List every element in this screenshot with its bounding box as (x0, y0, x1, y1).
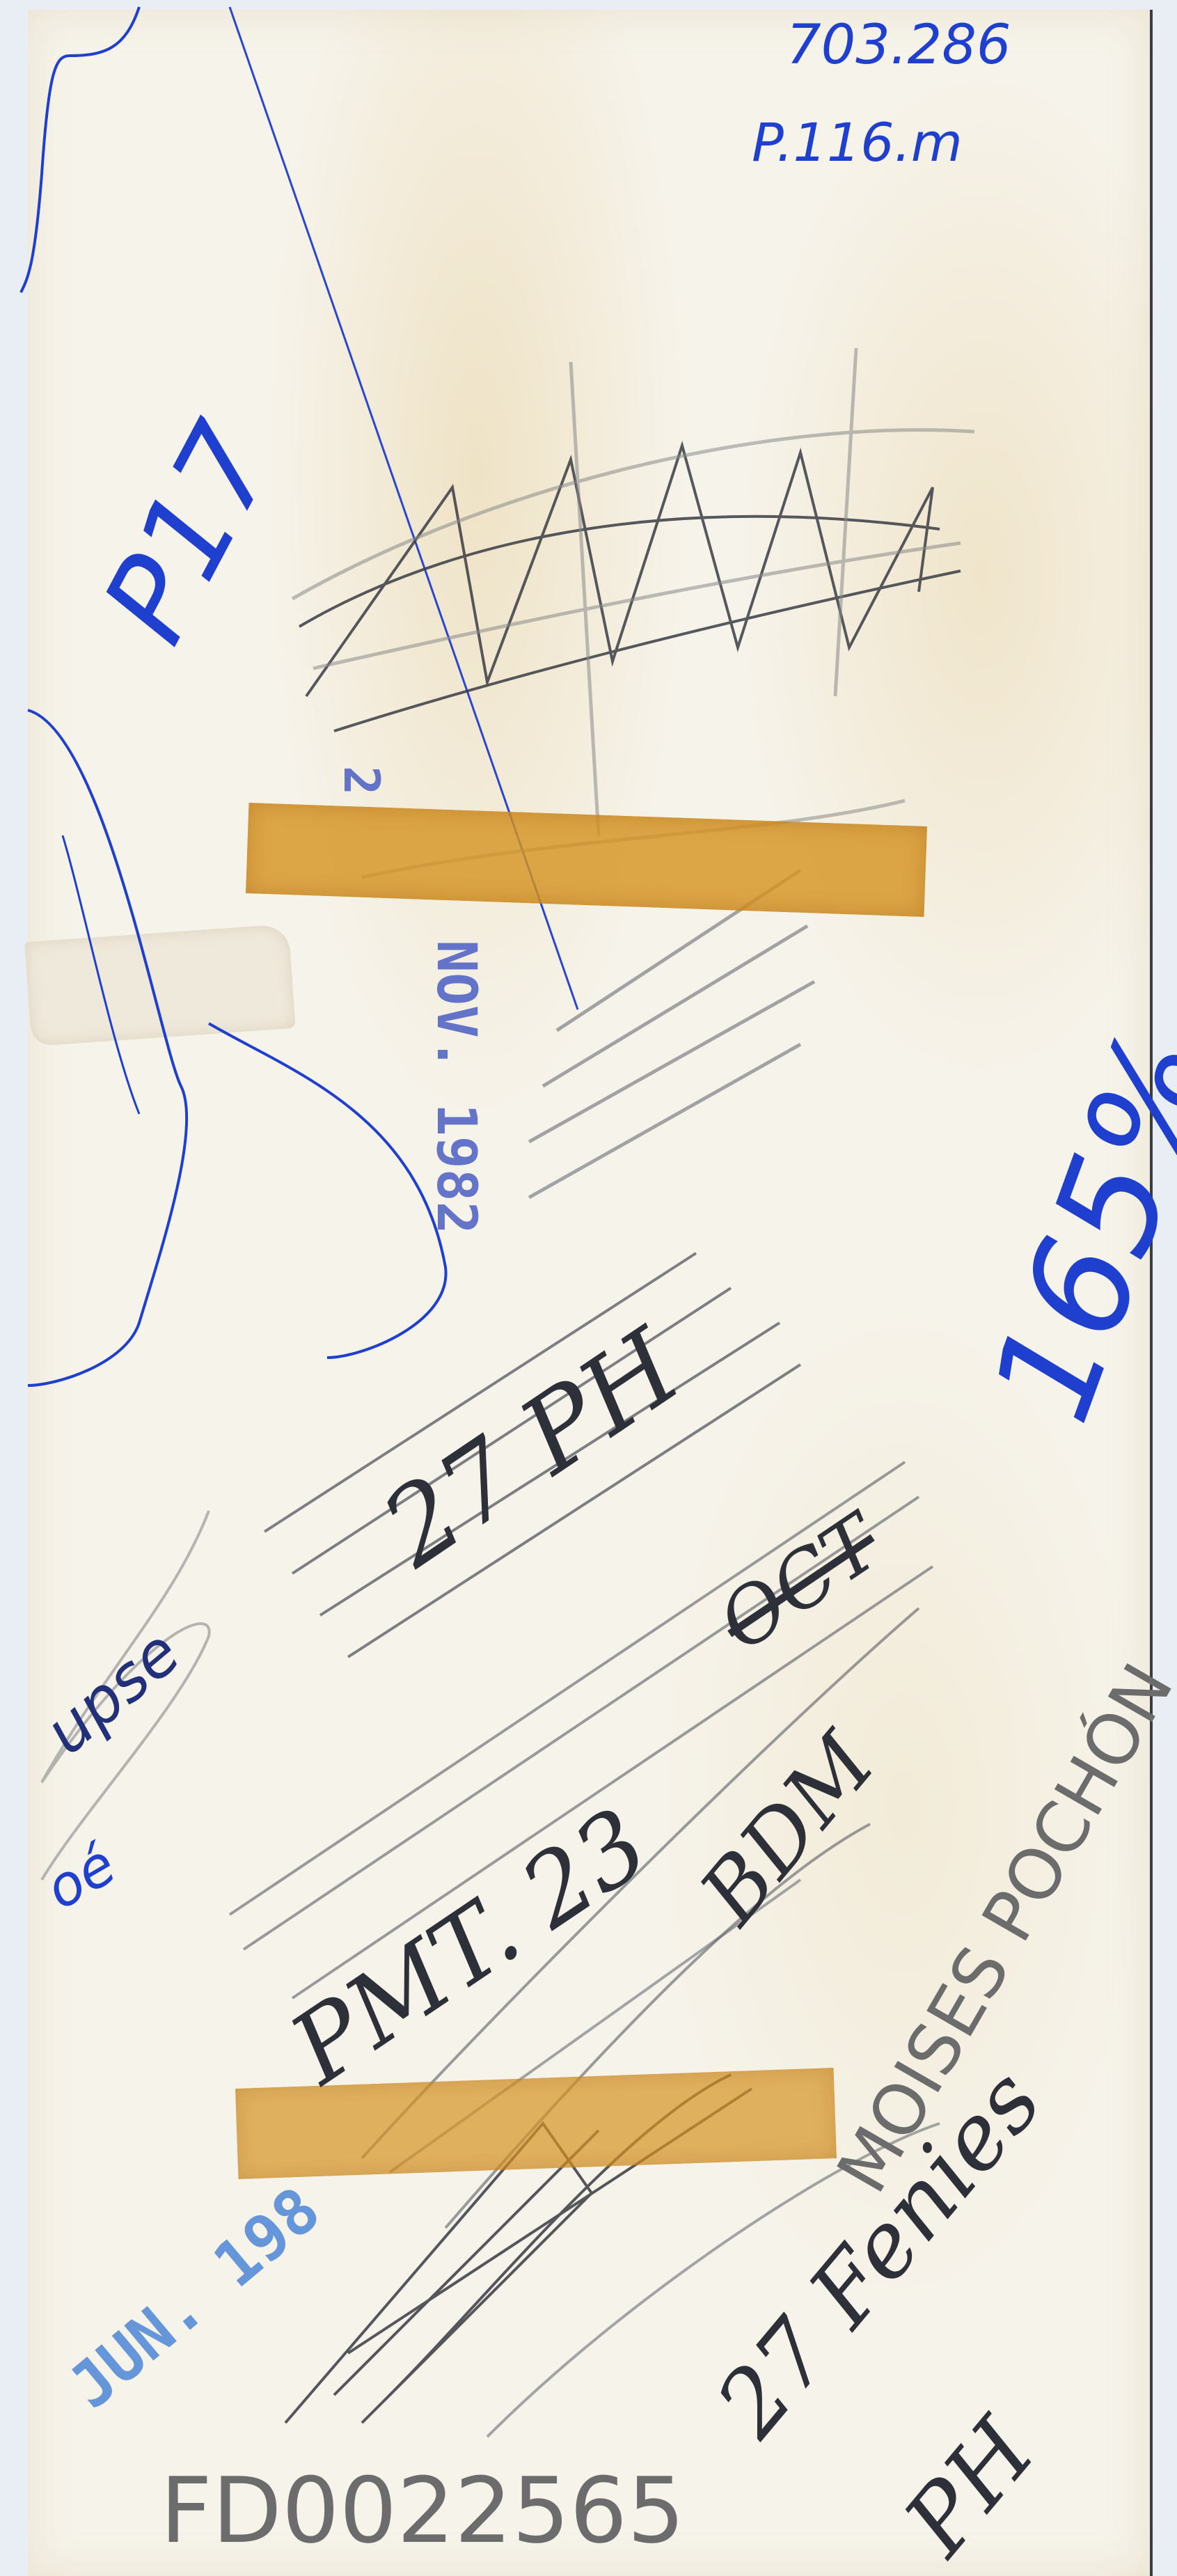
date-stamp-nov-1982: NOV. 1982 (425, 940, 487, 1234)
torn-paper-patch (24, 924, 296, 1046)
reference-code: 703.286 (787, 14, 1011, 77)
catalog-number: FD0022565 (160, 2458, 685, 2563)
page-reference: P.116.m (752, 111, 963, 173)
date-stamp-day: 2 (333, 766, 390, 795)
